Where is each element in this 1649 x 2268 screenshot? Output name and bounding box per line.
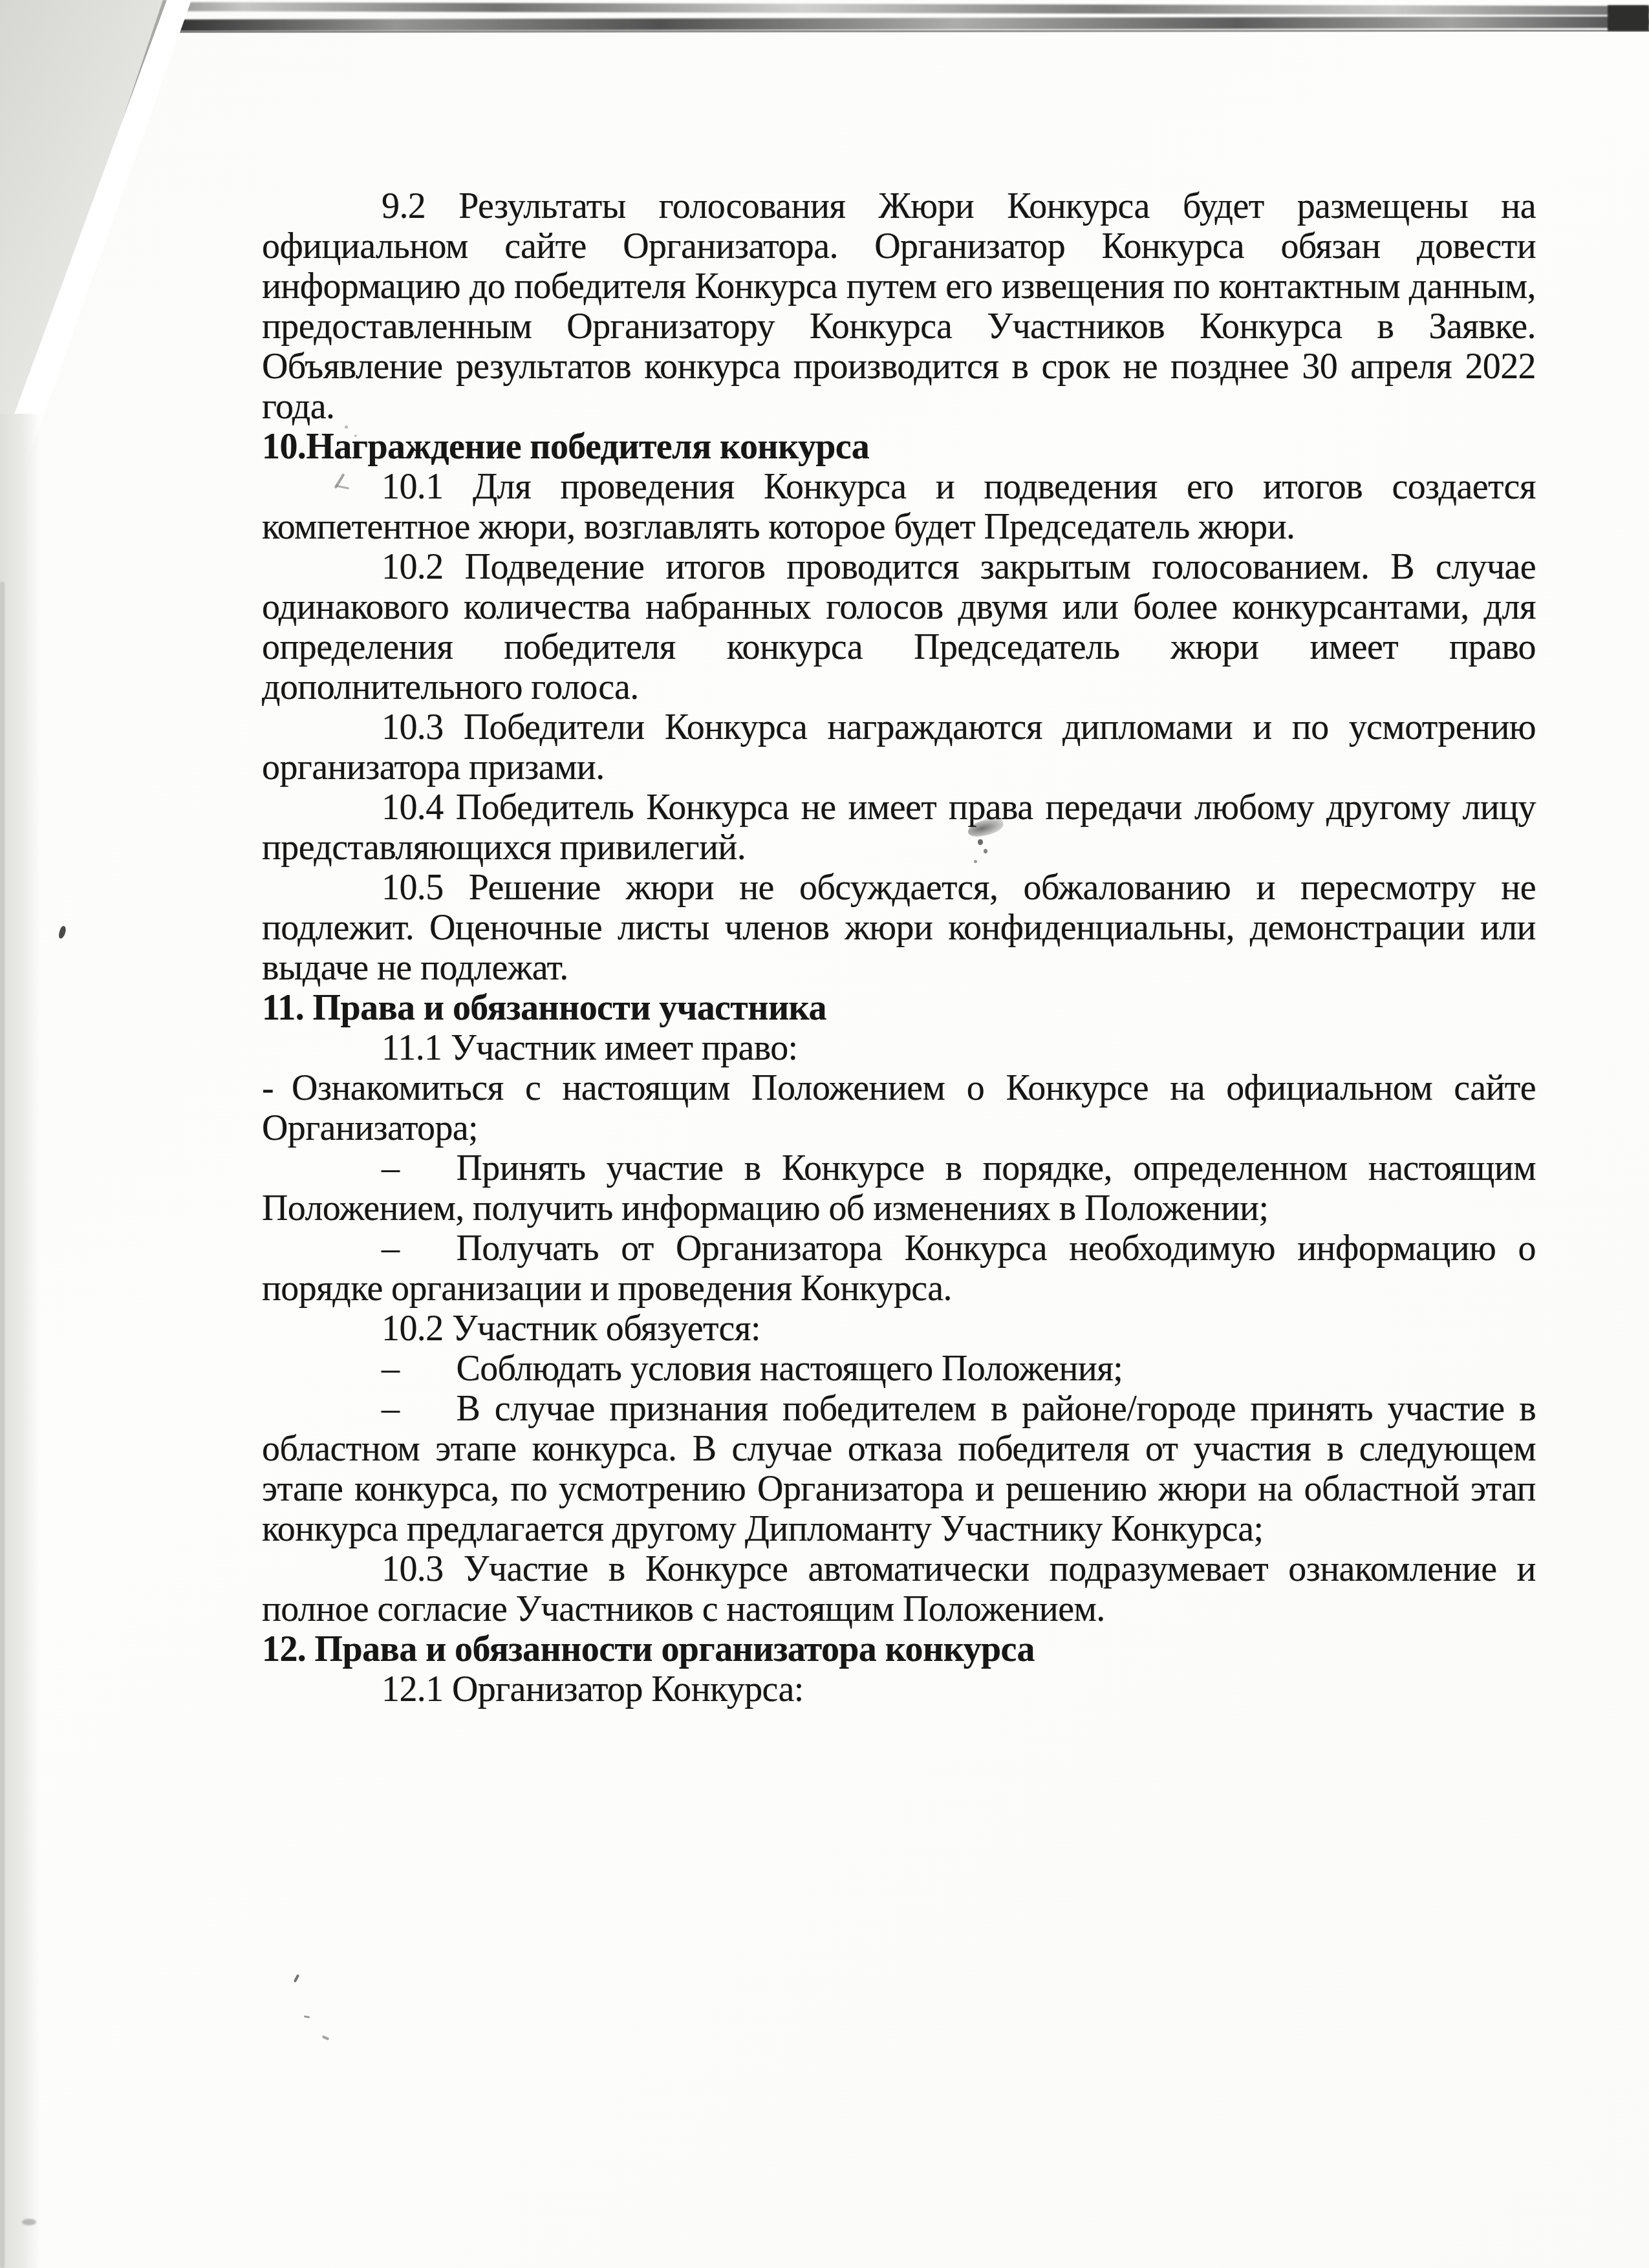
- list-dash: –: [382, 1148, 399, 1188]
- list-item-take-part: –Принять участие в Конкурсе в порядке, о…: [262, 1148, 1536, 1228]
- paragraph-12-1: 12.1 Организатор Конкурса:: [262, 1669, 1536, 1709]
- paragraph-10-5: 10.5 Решение жюри не обсуждается, обжало…: [262, 868, 1536, 988]
- paragraph-10-4: 10.4 Победитель Конкурса не имеет права …: [262, 787, 1536, 868]
- list-dash: –: [382, 1389, 399, 1429]
- section-heading-11: 11. Права и обязанности участника: [262, 988, 1536, 1028]
- list-item-receive-info: –Получать от Организатора Конкурса необх…: [262, 1228, 1536, 1309]
- stray-pen-mark: [322, 2035, 330, 2040]
- list-item-text: Принять участие в Конкурсе в порядке, оп…: [262, 1148, 1536, 1228]
- list-dash: –: [382, 1349, 399, 1389]
- list-item-regional-stage: –В случае признания победителем в районе…: [262, 1389, 1536, 1549]
- section-heading-12: 12. Права и обязанности организатора кон…: [262, 1629, 1536, 1669]
- list-item-text: В случае признания победителем в районе/…: [262, 1389, 1536, 1549]
- paragraph-11-1: 11.1 Участник имеет право:: [262, 1028, 1536, 1068]
- paragraph-10-1: 10.1 Для проведения Конкурса и подведени…: [262, 467, 1536, 547]
- paragraph-9-2: 9.2 Результаты голосования Жюри Конкурса…: [262, 186, 1536, 427]
- document-text-column: 9.2 Результаты голосования Жюри Конкурса…: [0, 0, 1649, 1709]
- list-item-familiarize: -Ознакомиться с настоящим Положением о К…: [262, 1068, 1536, 1148]
- paragraph-10-3-consent: 10.3 Участие в Конкурсе автоматически по…: [262, 1549, 1536, 1629]
- list-dash: -: [262, 1068, 274, 1108]
- paper-speck: [22, 2219, 36, 2225]
- paragraph-10-2-obligations: 10.2 Участник обязуется:: [262, 1309, 1536, 1349]
- scanned-document-page: 9.2 Результаты голосования Жюри Конкурса…: [0, 0, 1649, 2268]
- stray-pen-mark: [304, 2015, 310, 2018]
- stray-pen-mark: [294, 1974, 300, 1982]
- list-item-text: Ознакомиться с настоящим Положением о Ко…: [262, 1068, 1536, 1148]
- section-heading-10: 10.Награждение победителя конкурса: [262, 427, 1536, 467]
- list-item-text: Получать от Организатора Конкурса необхо…: [262, 1228, 1536, 1309]
- list-dash: –: [382, 1228, 399, 1268]
- paragraph-10-3: 10.3 Победители Конкурса награждаются ди…: [262, 707, 1536, 787]
- list-item-comply: –Соблюдать условия настоящего Положения;: [262, 1349, 1536, 1389]
- paragraph-10-2: 10.2 Подведение итогов проводится закрыт…: [262, 547, 1536, 707]
- list-item-text: Соблюдать условия настоящего Положения;: [456, 1349, 1123, 1389]
